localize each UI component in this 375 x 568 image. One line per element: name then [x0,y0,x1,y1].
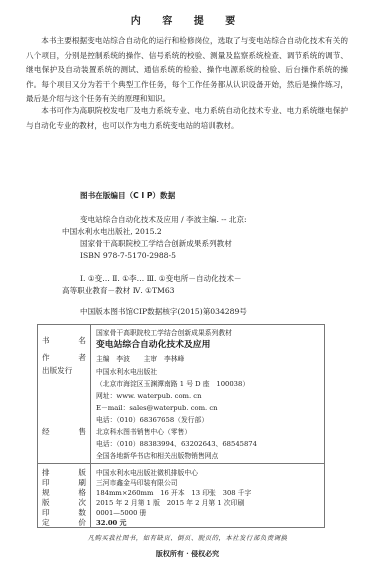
cip-heading: 图书在版编目（C I P）数据 [80,190,175,201]
table-divider [38,463,324,464]
printing-value: 三河市鑫金马印装有限公司 [96,477,178,487]
publisher-email: E－mail：sales@waterpub. com. cn [96,402,218,412]
table-divider [90,325,91,527]
label-author: 作者 [42,352,86,363]
colophon-table: 书名 国家骨干高职院校工学结合创新成果系列教材 变电站综合自动化技术及应用 作者… [37,324,325,528]
label-price: 定价 [42,517,86,528]
cip-line: 国家骨干高职院校工学结合创新成果系列教材 [80,238,232,249]
sales-center: 北京科水图书销售中心（零售） [96,426,191,436]
publisher-phone: 电话：（010）68367658（发行部） [96,414,208,424]
copyright-notice: 版权所有 · 侵权必究 [0,549,375,559]
summary-paragraph-1: 本书主要根据变电站综合自动化的运行和检修岗位，选取了与变电站综合自动化技术有关的… [26,34,348,107]
publisher-website: 网址：www. waterpub. com. cn [96,390,201,400]
publisher-address: （北京市海淀区玉渊潭南路 1 号 D 座 100038） [96,378,249,388]
label-title: 书名 [42,335,86,346]
book-title: 变电站综合自动化技术及应用 [96,337,210,350]
series-name: 国家骨干高职院校工学结合创新成果系列教材 [96,327,232,337]
sales-network: 全国各地新华书店和相关出版物销售网点 [96,450,218,460]
cip-line: 变电站综合自动化技术及应用 / 李波主编. -- 北京: [80,214,247,225]
author-value: 主编 李波 主审 李林峰 [96,353,184,363]
cip-line: 高等职业教育－教材 Ⅳ. ①TM63 [62,285,174,296]
publisher-name: 中国水利水电出版社 [96,366,157,376]
cip-line: 中国水利水电出版社, 2015.2 [62,226,162,237]
summary-paragraph-2: 本书可作为高职院校发电厂及电力系统专业、电力系统自动化技术专业、电力系统继电保护… [26,104,348,133]
replacement-notice: 凡购买我社图书，如有缺页、倒页、脱页的，本社发行部负责调换 [0,533,375,542]
cip-record-number: 中国版本图书馆CIP数据核字(2015)第034289号 [80,306,247,317]
format-value: 184mm×260mm 16 开本 13 印张 308 千字 [96,487,251,497]
label-sales: 经售 [42,426,86,437]
edition-value: 2015 年 2 月第 1 版 2015 年 2 月第 1 次印刷 [96,497,244,507]
summary-title: 内 容 提 要 [0,12,375,27]
price-value: 32.00 元 [96,517,126,527]
cip-isbn: ISBN 978-7-5170-2988-5 [80,250,176,261]
cip-line: Ⅰ. ①变… Ⅱ. ①李… Ⅲ. ①变电所－自动化技术－ [80,273,242,284]
sales-phone: 电话：（010）88383994、63202643、68545874 [96,438,257,448]
print-run-value: 0001—5000 册 [96,507,146,517]
label-publisher: 出版发行 [42,365,86,376]
typesetting-value: 中国水利水电出版社微机排版中心 [96,467,198,477]
